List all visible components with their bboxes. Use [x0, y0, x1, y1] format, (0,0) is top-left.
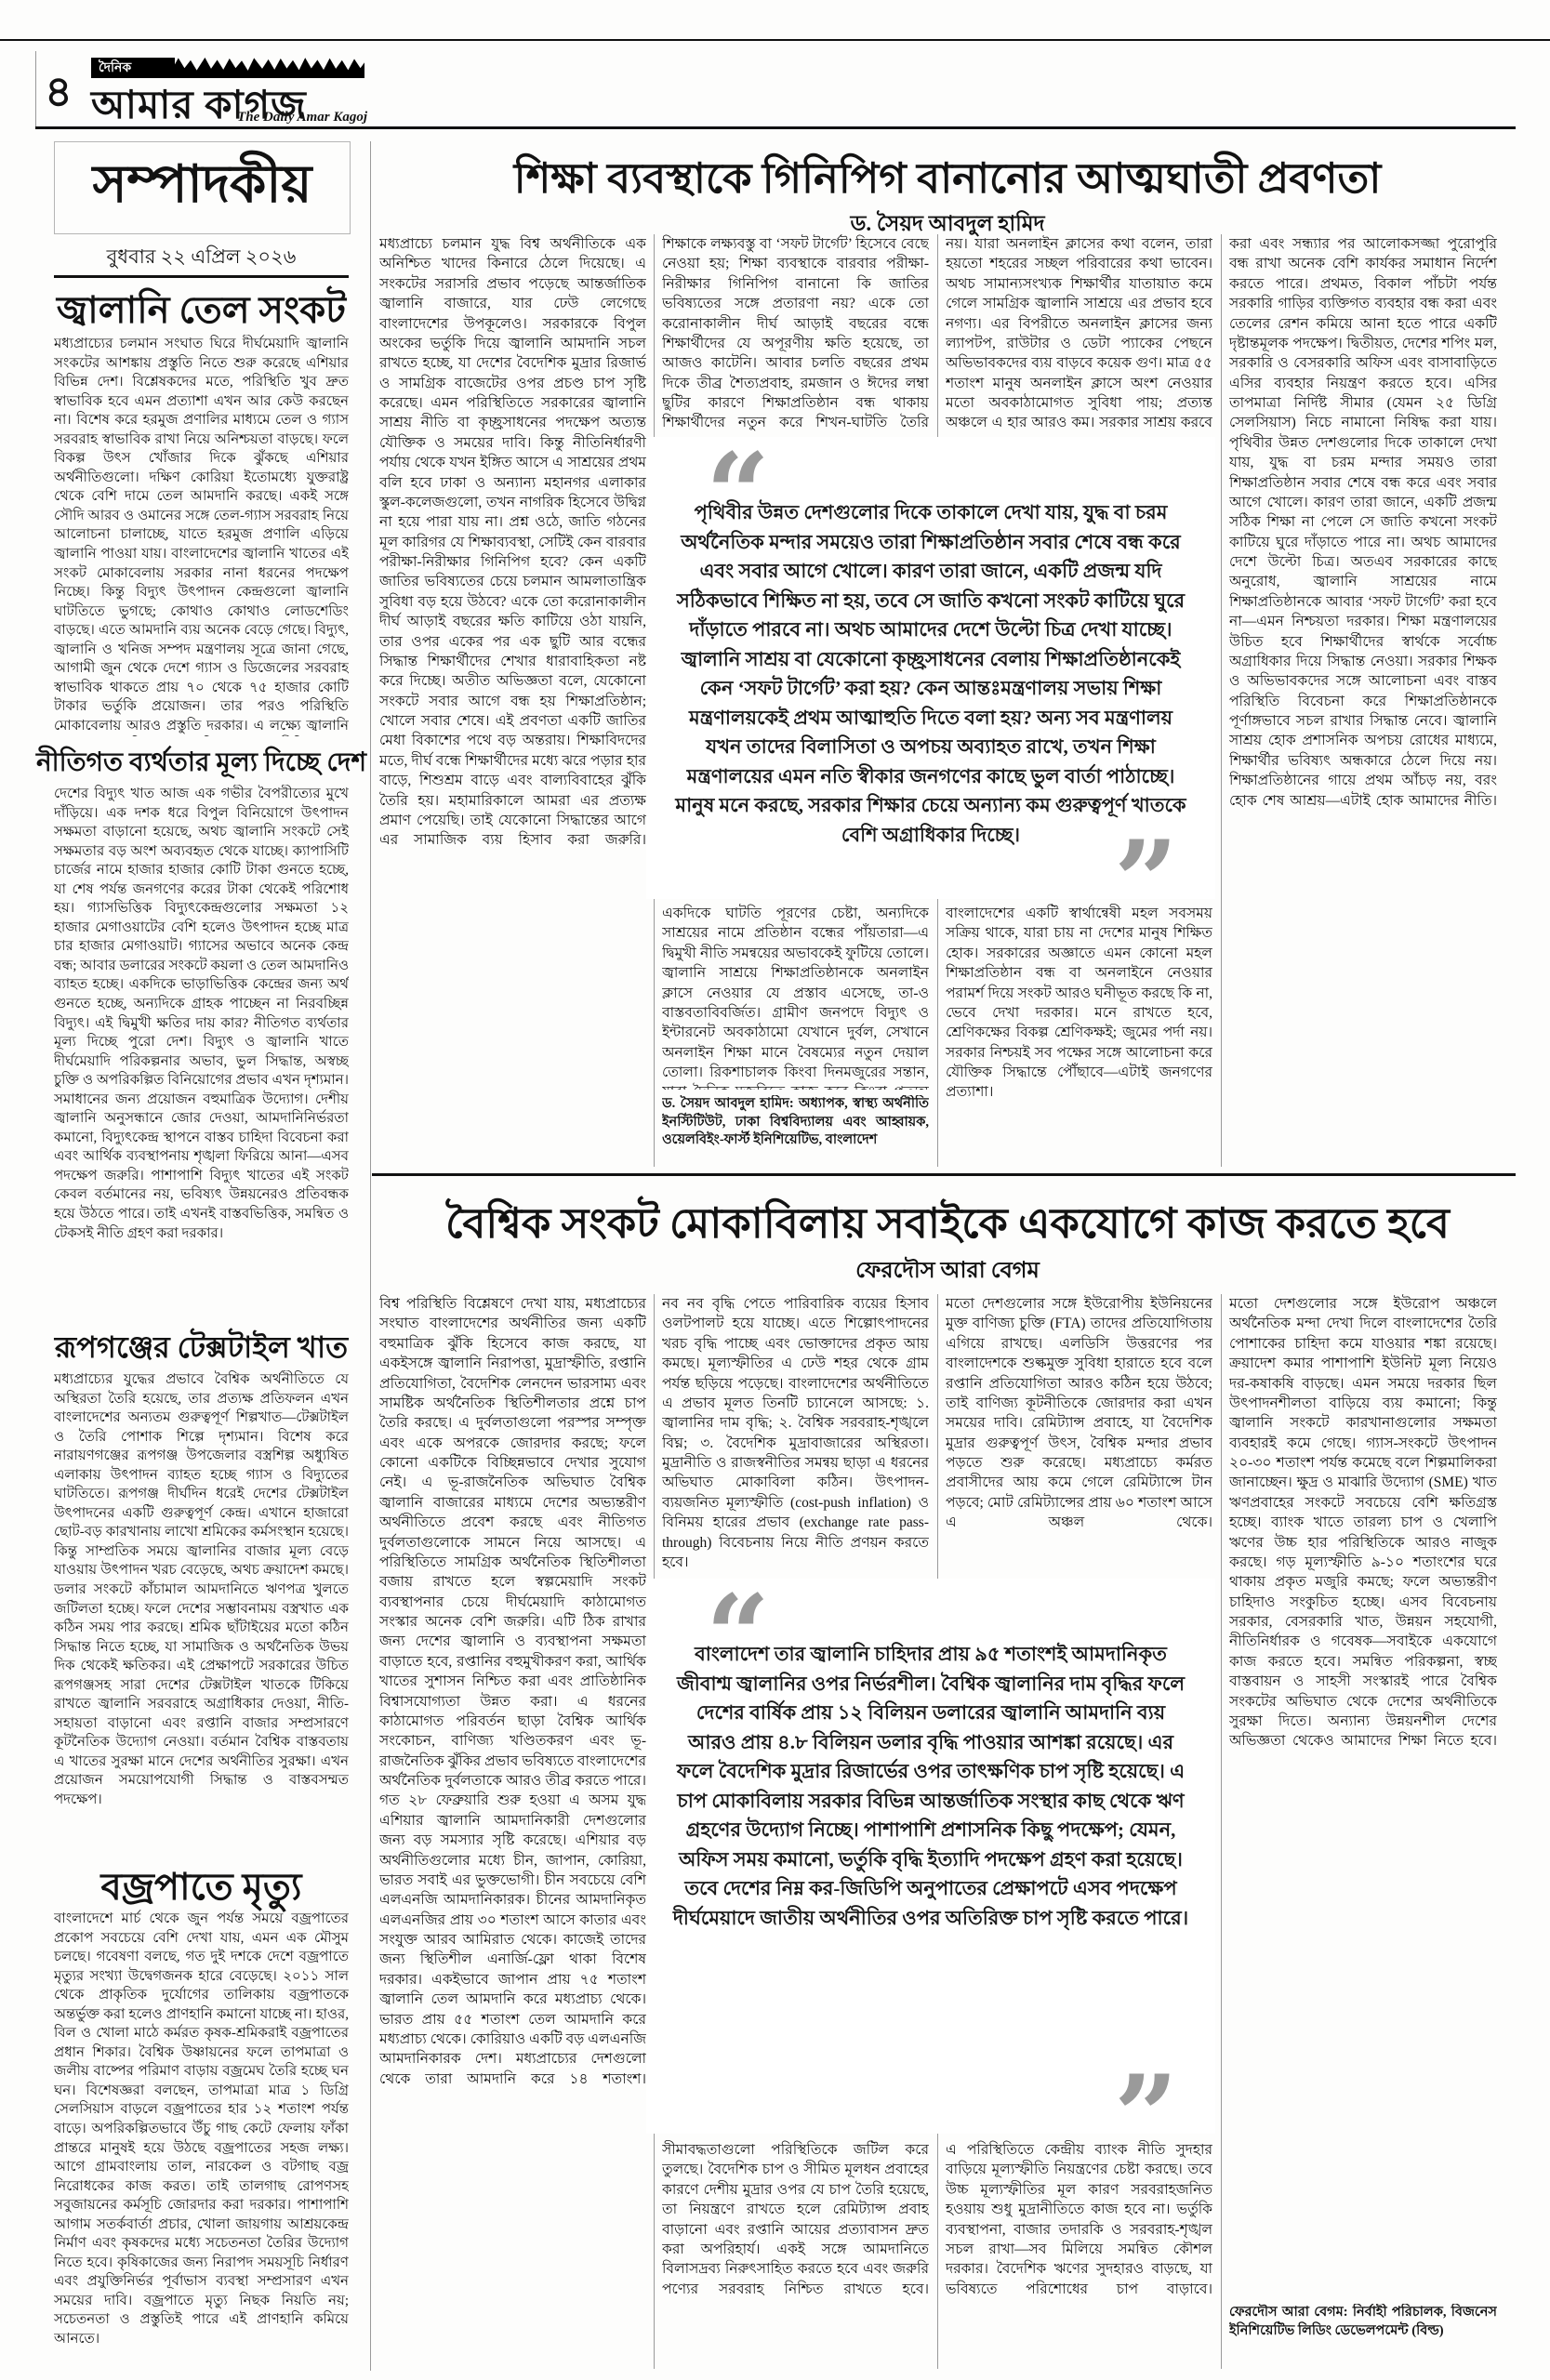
masthead-left-border	[35, 51, 36, 126]
editorial-2-body: দেশের বিদ্যুৎ খাত আজ এক গভীর বৈপরীত্যের …	[54, 785, 349, 1320]
article-bottom-headline: বৈশ্বিক সংকট মোকাবিলায় সবাইকে একযোগে কা…	[379, 1192, 1516, 1262]
article-top-column-2b: একদিকে ঘাটতি পূরণের চেষ্টা, অন্যদিকে সাশ…	[662, 904, 929, 1090]
article-bottom-attribution: ফেরদৌস আরা বেগম: নির্বাহী পরিচালক, বিজনে…	[1229, 2304, 1497, 2369]
paper-name: আমার কাগজ	[91, 74, 307, 140]
article-bottom-pull-quote: “ বাংলাদেশ তার জ্বালানি চাহিদার প্রায় ৯…	[646, 1579, 1215, 2134]
article-top-column-3a: নয়। যারা অনলাইন ক্লাসের কথা বলেন, তারা …	[946, 234, 1212, 433]
article-top-pull-quote: “ পৃথিবীর উন্নত দেশগুলোর দিকে তাকালে দেখ…	[646, 437, 1215, 899]
article-top-attribution: ড. সৈয়দ আবদুল হামিদ: অধ্যাপক, স্বাস্থ্য…	[662, 1095, 929, 1166]
editorial-2-headline: নীতিগত ব্যর্থতার মূল্য দিচ্ছে দেশ	[35, 742, 367, 786]
editorial-3-body: মধ্যপ্রাচ্যের যুদ্ধের প্রভাবে বৈশ্বিক অর…	[54, 1370, 349, 1854]
page-number: ৪	[45, 59, 73, 130]
close-quote-icon: ”	[1114, 849, 1178, 916]
rail-divider	[370, 141, 371, 2371]
article-top-column-2a: শিক্ষাকে লক্ষ্যবস্তু বা ‘সফট টার্গেট’ হি…	[662, 234, 929, 433]
close-quote-icon: ”	[1114, 2083, 1178, 2150]
edition-date: বুধবার ২২ এপ্রিল ২০২৬	[54, 242, 349, 274]
open-quote-icon: “	[706, 461, 770, 528]
editorial-3-headline: রূপগঞ্জের টেক্সটাইল খাত	[35, 1324, 367, 1374]
article-bottom-byline: ফেরদৌস আরা বেগম	[379, 1253, 1516, 1290]
editorial-section-title: সম্পাদকীয়	[54, 141, 351, 234]
date-rule	[54, 275, 349, 278]
article-bottom-column-4: মতো দেশগুলোর সঙ্গে ইউরোপ অঞ্চলে অর্থনৈতি…	[1229, 1294, 1497, 2296]
article-bottom-column-2a: নব নব বৃদ্ধি পেতে পারিবারিক ব্যয়ের হিসা…	[662, 1294, 929, 1575]
column-rule	[1221, 234, 1222, 1167]
column-rule	[1221, 1294, 1222, 2369]
article-bottom-column-1: বিশ্ব পরিস্থিতি বিশ্লেষণে দেখা যায়, মধ্…	[379, 1294, 646, 2369]
article-top-column-4: করা এবং সন্ধ্যার পর আলোকসজ্জা পুরোপুরি ব…	[1229, 234, 1497, 1167]
editorial-1-headline: জ্বালানি তেল সংকট	[35, 281, 367, 343]
editorial-4-body: বাংলাদেশে মার্চ থেকে জুন পর্যন্ত সময়ে ব…	[54, 1910, 349, 2367]
newspaper-page: ৪ দৈনিক আমার কাগজ The Daily Amar Kagoj স…	[0, 0, 1550, 2380]
article-divider-rule	[372, 1173, 1516, 1176]
article-top-column-1: মধ্যপ্রাচ্যে চলমান যুদ্ধ বিশ্ব অর্থনীতিক…	[379, 234, 646, 1167]
article-bottom-column-2b: সীমাবদ্ধতাগুলো পরিস্থিতিকে জটিল করে তুলছ…	[662, 2140, 929, 2369]
paper-name-english: The Daily Amar Kagoj	[167, 110, 367, 126]
top-rule	[0, 39, 1550, 41]
article-bottom-column-3a: মতো দেশগুলোর সঙ্গে ইউরোপীয় ইউনিয়নের মু…	[946, 1294, 1212, 1575]
editorial-1-body: মধ্যপ্রাচ্যের চলমান সংঘাত ঘিরে দীর্ঘমেয়…	[54, 335, 349, 736]
open-quote-icon: “	[706, 1603, 770, 1670]
